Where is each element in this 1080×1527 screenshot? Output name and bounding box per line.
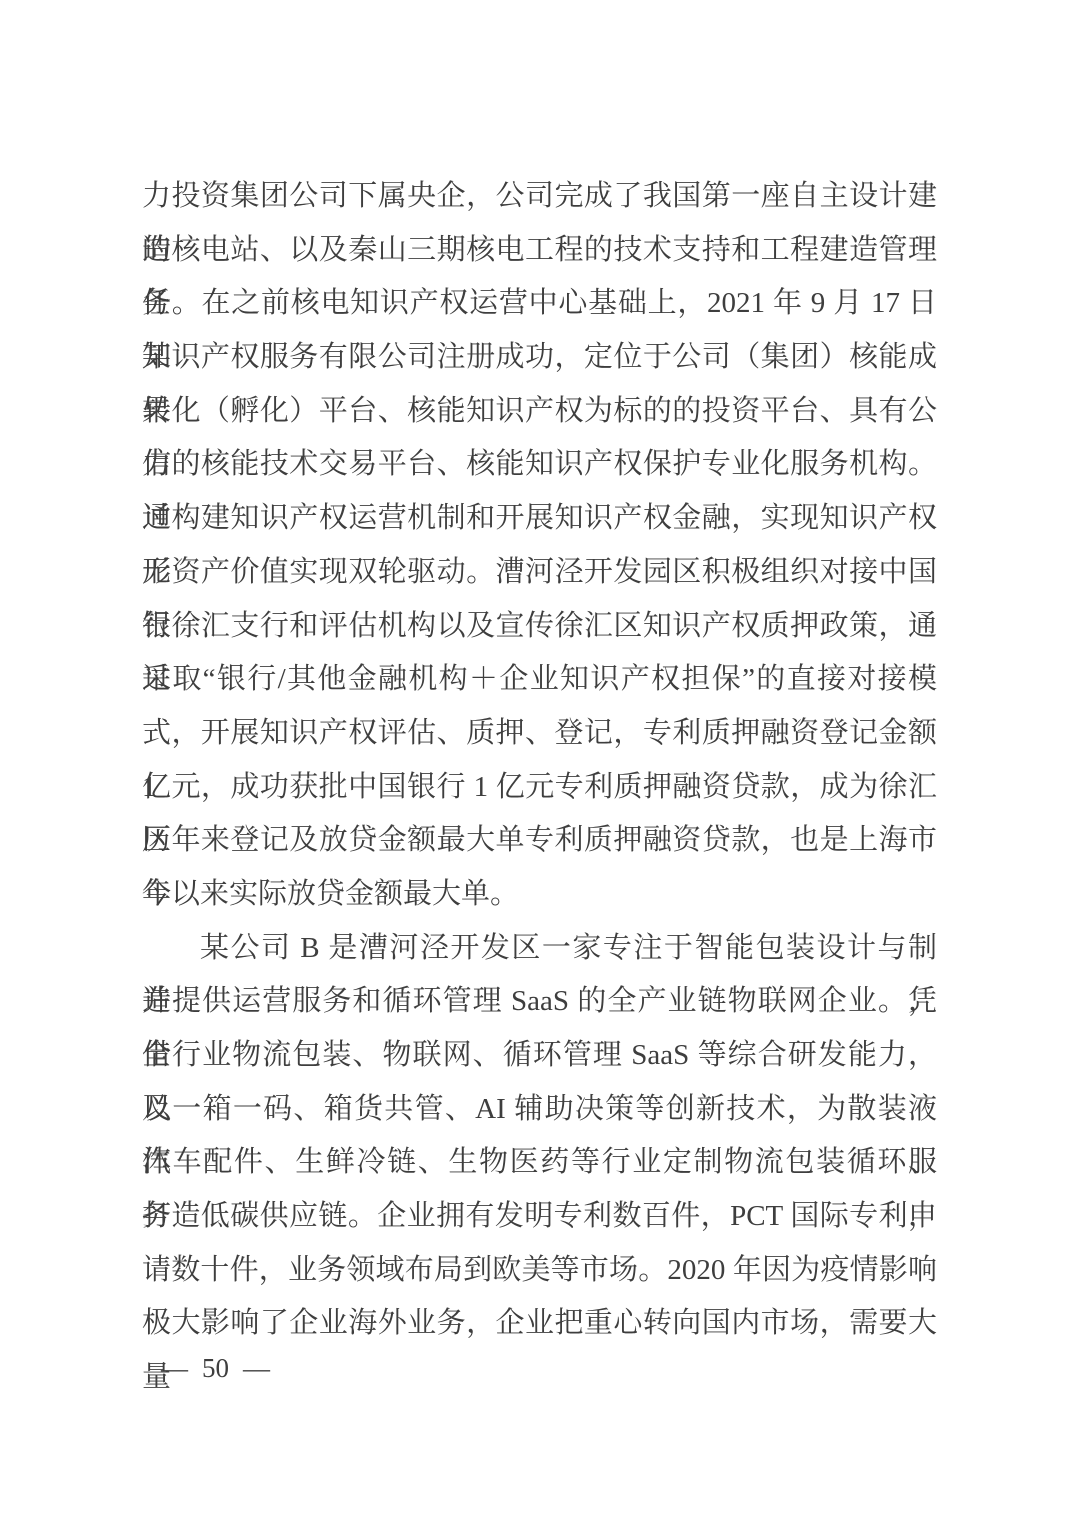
text-line-paragraph-end: 年以来实际放贷金额最大单。 (142, 868, 937, 922)
text-line: 力投资集团公司下属央企，公司完成了我国第一座自主设计建造 (142, 170, 937, 224)
text-line: 极大影响了企业海外业务，企业把重心转向国内市场，需要大量 (142, 1297, 937, 1351)
text-line: 请数十件，业务领域布局到欧美等市场。2020 年因为疫情影响 (142, 1244, 937, 1298)
text-line: 行徐汇支行和评估机构以及宣传徐汇区知识产权质押政策，通过 (142, 600, 937, 654)
text-line: 的核电站、以及秦山三期核电工程的技术支持和工程建造管理任 (142, 224, 937, 278)
text-line: 过构建知识产权运营机制和开展知识产权金融，实现知识产权无 (142, 492, 937, 546)
text-line: 打造低碳供应链。企业拥有发明专利数百件，PCT 国际专利申 (142, 1190, 937, 1244)
document-page: 力投资集团公司下属央企，公司完成了我国第一座自主设计建造 的核电站、以及秦山三期… (0, 0, 1080, 1527)
text-line: 形资产价值实现双轮驱动。漕河泾开发园区积极组织对接中国银 (142, 546, 937, 600)
text-line: 知识产权服务有限公司注册成功，定位于公司（集团）核能成果 (142, 331, 937, 385)
body-text: 力投资集团公司下属央企，公司完成了我国第一座自主设计建造 的核电站、以及秦山三期… (142, 170, 937, 1351)
footer-dash-left: — (161, 1352, 188, 1384)
page-footer: — 50 — (161, 1352, 270, 1384)
text-line: 及一箱一码、箱货共管、AI 辅助决策等创新技术，为散装液体、 (142, 1083, 937, 1137)
text-line: 亿元，成功获批中国银行 1 亿元专利质押融资贷款，成为徐汇区 (142, 761, 937, 815)
page-number: 50 (202, 1352, 229, 1384)
text-line: 转化（孵化）平台、核能知识产权为标的的投资平台、具有公信 (142, 385, 937, 439)
text-line: 采取“银行/其他金融机构＋企业知识产权担保”的直接对接模 (142, 653, 937, 707)
text-line: 历年来登记及放贷金额最大单专利质押融资贷款，也是上海市今 (142, 814, 937, 868)
text-line: 式，开展知识产权评估、质押、登记，专利质押融资登记金额 1 (142, 707, 937, 761)
text-line: 务。在之前核电知识产权运营中心基础上，2021 年 9 月 17 日某 (142, 277, 937, 331)
text-line: 全行业物流包装、物联网、循环管理 SaaS 等综合研发能力，以 (142, 1029, 937, 1083)
text-line: 力的核能技术交易平台、核能知识产权保护专业化服务机构。通 (142, 438, 937, 492)
text-line: 并提供运营服务和循环管理 SaaS 的全产业链物联网企业。凭借 (142, 975, 937, 1029)
footer-dash-right: — (243, 1352, 270, 1384)
text-line-paragraph-start: 某公司 B 是漕河泾开发区一家专注于智能包装设计与制造， (142, 922, 937, 976)
text-line: 汽车配件、生鲜冷链、生物医药等行业定制物流包装循环服务， (142, 1136, 937, 1190)
